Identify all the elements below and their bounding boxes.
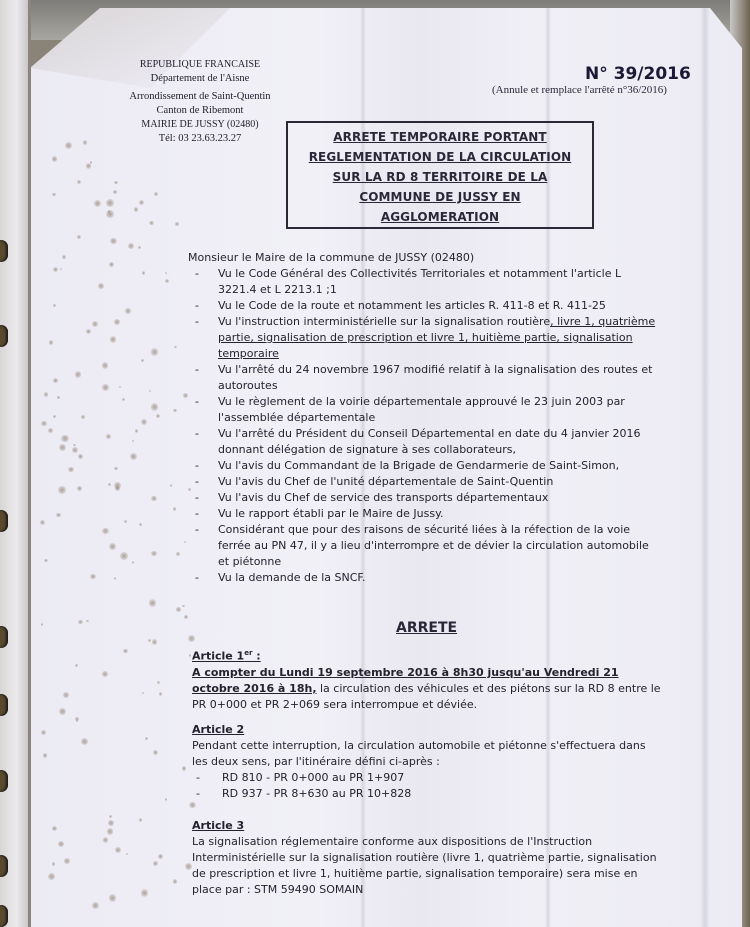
issuer-header: REPUBLIQUE FRANCAISE Département de l'Ai… [100, 58, 300, 146]
consideration-item: Vu l'arrêté du Président du Conseil Dépa… [188, 426, 658, 458]
title-line: COMMUNE DE JUSSY EN [288, 187, 592, 207]
arrondissement-label: Arrondissement de Saint-Quentin [100, 90, 300, 104]
article-2: Article 2 Pendant cette interruption, la… [192, 722, 662, 802]
punch-hole [0, 626, 8, 648]
title-line: REGLEMENTATION DE LA CIRCULATION [288, 147, 592, 167]
decision-heading: ARRETE [396, 620, 457, 636]
paper-crease [700, 8, 710, 927]
mairie-label: MAIRIE DE JUSSY (02480) [100, 118, 300, 132]
title-box: ARRETE TEMPORAIRE PORTANT REGLEMENTATION… [286, 121, 594, 229]
consideration-item: Vu le Code Général des Collectivités Ter… [188, 266, 658, 298]
considerations-section: Monsieur le Maire de la commune de JUSSY… [188, 250, 658, 586]
consideration-item: Vu le rapport établi par le Maire de Jus… [188, 506, 658, 522]
detour-routes-list: RD 810 - PR 0+000 au PR 1+907 RD 937 - P… [192, 770, 662, 802]
article-heading: Article 3 [192, 818, 662, 834]
punch-hole [0, 855, 8, 877]
punch-hole [0, 694, 8, 716]
phone-label: Tél: 03 23.63.23.27 [100, 132, 300, 146]
consideration-item: Vu l'arrêté du 24 novembre 1967 modifié … [188, 362, 658, 394]
order-number: N° 39/2016 [585, 64, 691, 84]
article-heading: Article 2 [192, 722, 662, 738]
title-line: ARRETE TEMPORAIRE PORTANT [288, 127, 592, 147]
article-3: Article 3 La signalisation réglementaire… [192, 818, 662, 898]
consideration-item: Vu la demande de la SNCF. [188, 570, 658, 586]
title-line: AGGLOMERATION [288, 207, 592, 227]
punch-hole [0, 770, 8, 792]
article-text: Pendant cette interruption, la circulati… [192, 738, 662, 770]
article-1: Article 1er : A compter du Lundi 19 sept… [192, 645, 662, 713]
article-text: A compter du Lundi 19 septembre 2016 à 8… [192, 665, 662, 713]
plastic-sleeve-strip [0, 0, 31, 927]
consideration-item: Vu l'instruction interministérielle sur … [188, 314, 658, 362]
replaces-note: (Annule et remplace l'arrêté n°36/2016) [492, 84, 667, 96]
route-item: RD 810 - PR 0+000 au PR 1+907 [192, 770, 662, 786]
consideration-item: Vu le Code de la route et notamment les … [188, 298, 658, 314]
intro-line: Monsieur le Maire de la commune de JUSSY… [188, 250, 658, 266]
consideration-item: Vu le règlement de la voirie département… [188, 394, 658, 426]
department-label: Département de l'Aisne [100, 72, 300, 86]
consideration-item: Considérant que pour des raisons de sécu… [188, 522, 658, 570]
consideration-item: Vu l'avis du Chef de service des transpo… [188, 490, 658, 506]
considerations-list: Vu le Code Général des Collectivités Ter… [188, 266, 658, 586]
article-heading: Article 1er : [192, 645, 662, 665]
route-item: RD 937 - PR 8+630 au PR 10+828 [192, 786, 662, 802]
punch-hole [0, 325, 8, 347]
punch-hole [0, 240, 8, 262]
consideration-item: Vu l'avis du Commandant de la Brigade de… [188, 458, 658, 474]
consideration-item: Vu l'avis du Chef de l'unité département… [188, 474, 658, 490]
canton-label: Canton de Ribemont [100, 104, 300, 118]
title-line: SUR LA RD 8 TERRITOIRE DE LA [288, 167, 592, 187]
article-text: La signalisation réglementaire conforme … [192, 834, 662, 898]
punch-hole [0, 905, 8, 927]
republic-label: REPUBLIQUE FRANCAISE [100, 58, 300, 72]
punch-hole [0, 510, 8, 532]
